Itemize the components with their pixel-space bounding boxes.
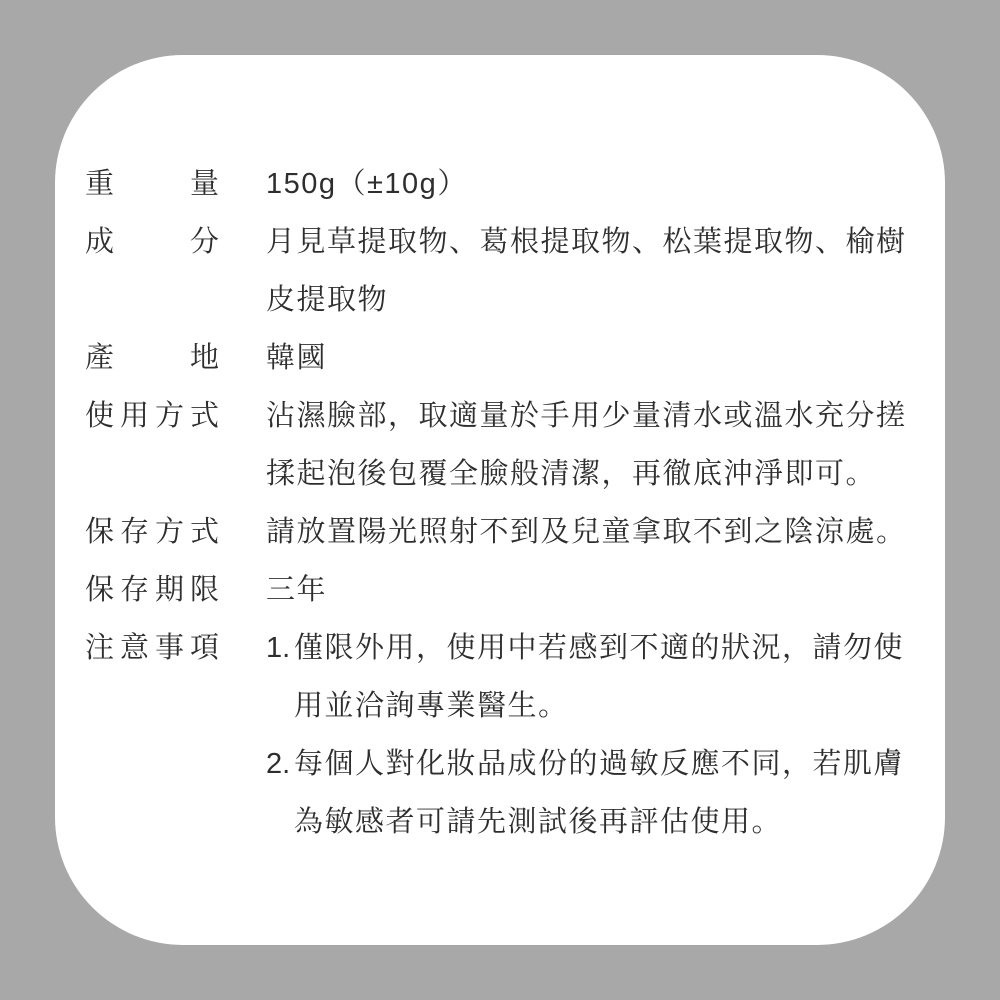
spec-value-storage: 請放置陽光照射不到及兒童拿取不到之陰涼處。 — [266, 503, 909, 561]
precaution-text: 每個人對化妝品成份的過敏反應不同，若肌膚 為敏感者可請先測試後再評估使用。 — [294, 735, 909, 851]
spec-row-origin: 產地 韓國 — [85, 329, 909, 387]
spec-row-weight: 重量 150g（±10g） — [85, 155, 909, 213]
precaution-number: 2. — [266, 735, 294, 793]
spec-label-weight: 重量 — [85, 155, 219, 213]
spec-row-precautions: 注意事項 1. 僅限外用，使用中若感到不適的狀況，請勿使 用並洽詢專業醫生。 2… — [85, 619, 909, 851]
spec-row-ingredients: 成分 月見草提取物、葛根提取物、松葉提取物、榆樹 皮提取物 — [85, 213, 909, 329]
spec-row-shelf-life: 保存期限 三年 — [85, 561, 909, 619]
precautions-list: 1. 僅限外用，使用中若感到不適的狀況，請勿使 用並洽詢專業醫生。 2. 每個人… — [266, 619, 909, 851]
precaution-number: 1. — [266, 619, 294, 677]
spec-label-ingredients: 成分 — [85, 213, 219, 271]
spec-row-storage: 保存方式 請放置陽光照射不到及兒童拿取不到之陰涼處。 — [85, 503, 909, 561]
spec-label-shelf-life: 保存期限 — [85, 561, 219, 619]
spec-label-precautions: 注意事項 — [85, 619, 219, 677]
spec-table: 重量 150g（±10g） 成分 月見草提取物、葛根提取物、松葉提取物、榆樹 皮… — [55, 55, 945, 851]
spec-label-storage: 保存方式 — [85, 503, 219, 561]
precaution-text: 僅限外用，使用中若感到不適的狀況，請勿使 用並洽詢專業醫生。 — [294, 619, 909, 735]
spec-label-usage: 使用方式 — [85, 387, 219, 445]
spec-label-origin: 產地 — [85, 329, 219, 387]
spec-row-usage: 使用方式 沾濕臉部，取適量於手用少量清水或溫水充分搓 揉起泡後包覆全臉般清潔，再… — [85, 387, 909, 503]
precaution-item-2: 2. 每個人對化妝品成份的過敏反應不同，若肌膚 為敏感者可請先測試後再評估使用。 — [266, 735, 909, 851]
product-info-page: { "colors": { "background": "#a8a8a8", "… — [0, 0, 1000, 1000]
spec-value-usage: 沾濕臉部，取適量於手用少量清水或溫水充分搓 揉起泡後包覆全臉般清潔，再徹底沖淨即… — [266, 387, 909, 503]
spec-value-ingredients: 月見草提取物、葛根提取物、松葉提取物、榆樹 皮提取物 — [266, 213, 909, 329]
spec-value-shelf-life: 三年 — [266, 561, 909, 619]
product-info-card: 重量 150g（±10g） 成分 月見草提取物、葛根提取物、松葉提取物、榆樹 皮… — [55, 55, 945, 945]
spec-value-weight: 150g（±10g） — [266, 155, 909, 213]
precaution-item-1: 1. 僅限外用，使用中若感到不適的狀況，請勿使 用並洽詢專業醫生。 — [266, 619, 909, 735]
spec-value-origin: 韓國 — [266, 329, 909, 387]
